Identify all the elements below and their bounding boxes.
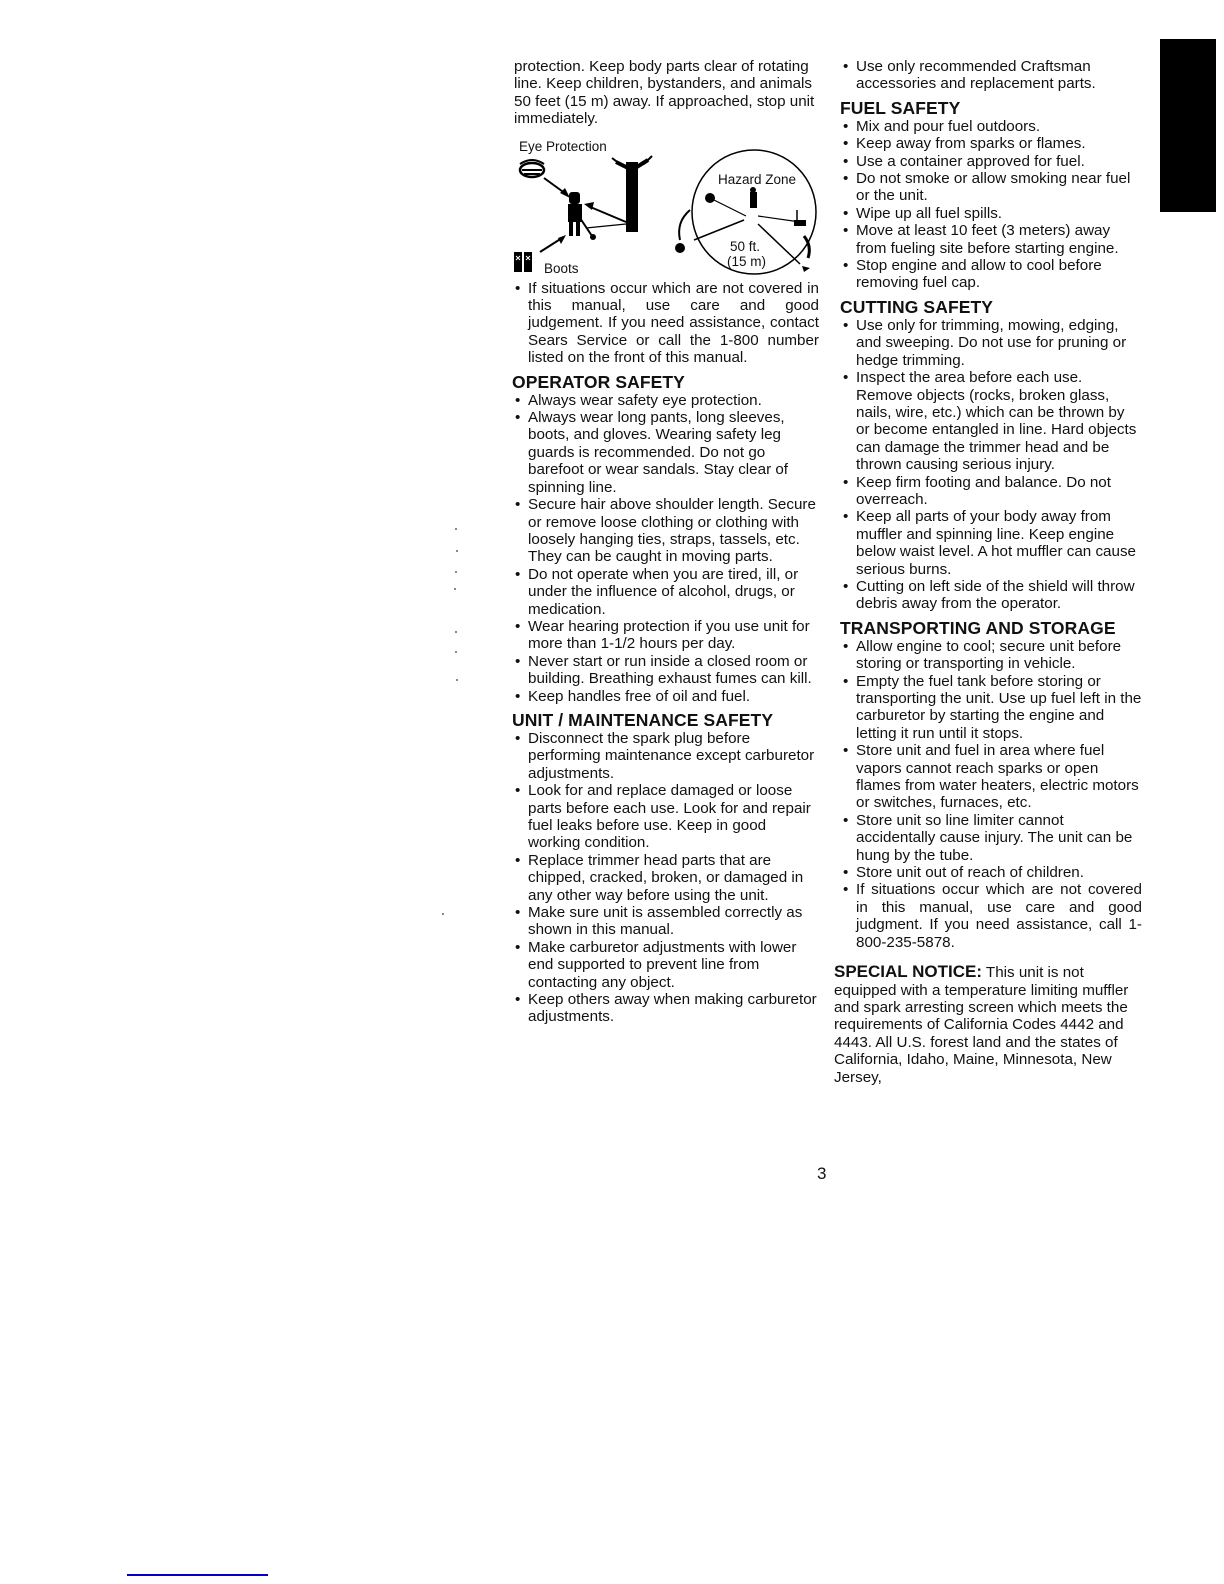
list-item: Store unit out of reach of children. xyxy=(842,864,1142,881)
scan-speck xyxy=(455,651,457,653)
list-item: Keep away from sparks or flames. xyxy=(842,135,1142,152)
list-item: Inspect the area before each use. Remove… xyxy=(842,369,1142,473)
situations-list: If situations occur which are not covere… xyxy=(514,280,819,367)
scan-speck xyxy=(455,571,457,573)
operator-figure-icon xyxy=(568,192,596,240)
scan-speck xyxy=(454,588,456,590)
special-notice: SPECIAL NOTICE: This unit is not equippe… xyxy=(834,963,1142,1086)
list-item: Cutting on left side of the shield will … xyxy=(842,578,1142,613)
list-item: Empty the fuel tank before storing or tr… xyxy=(842,673,1142,743)
list-item: Move at least 10 feet (3 meters) away fr… xyxy=(842,222,1142,257)
special-notice-label: SPECIAL NOTICE: xyxy=(834,962,982,981)
hazard-zone-figure: Eye Protection xyxy=(514,140,819,280)
accessories-list: Use only recommended Craftsman accessori… xyxy=(842,58,1142,93)
list-item: Keep handles free of oil and fuel. xyxy=(514,688,819,705)
right-column: Use only recommended Craftsman accessori… xyxy=(842,58,1142,1086)
list-item: If situations occur which are not covere… xyxy=(514,280,819,367)
goggles-icon xyxy=(520,160,544,177)
list-item: Always wear long pants, long sleeves, bo… xyxy=(514,409,819,496)
list-item: Do not smoke or allow smoking near fuel … xyxy=(842,170,1142,205)
list-item: Wipe up all fuel spills. xyxy=(842,205,1142,222)
list-item: Disconnect the spark plug before perform… xyxy=(514,730,819,782)
distance-ft-label: 50 ft. xyxy=(730,240,760,254)
list-item: Replace trimmer head parts that are chip… xyxy=(514,852,819,904)
list-item: Look for and replace damaged or loose pa… xyxy=(514,782,819,852)
list-item: Keep all parts of your body away from mu… xyxy=(842,508,1142,578)
scan-speck xyxy=(456,550,458,552)
scan-speck xyxy=(455,528,457,530)
list-item: Do not operate when you are tired, ill, … xyxy=(514,566,819,618)
list-item: Make sure unit is assembled correctly as… xyxy=(514,904,819,939)
cutting-safety-heading: CUTTING SAFETY xyxy=(840,298,1142,317)
list-item: Always wear safety eye protection. xyxy=(514,392,819,409)
list-item: Make carburetor adjustments with lower e… xyxy=(514,939,819,991)
list-item: Wear hearing protection if you use unit … xyxy=(514,618,819,653)
fuel-safety-heading: FUEL SAFETY xyxy=(840,99,1142,118)
list-item: If situations occur which are not covere… xyxy=(842,881,1142,951)
page-number: 3 xyxy=(817,1164,826,1184)
list-item: Secure hair above shoulder length. Secur… xyxy=(514,496,819,566)
list-item: Store unit so line limiter cannot accide… xyxy=(842,812,1142,864)
list-item: Keep firm footing and balance. Do not ov… xyxy=(842,474,1142,509)
list-item: Use only for trimming, mowing, edging, a… xyxy=(842,317,1142,369)
boots-icon xyxy=(514,252,532,272)
unit-maintenance-safety-list: Disconnect the spark plug before perform… xyxy=(514,730,819,1026)
operator-safety-heading: OPERATOR SAFETY xyxy=(512,373,819,392)
list-item: Mix and pour fuel outdoors. xyxy=(842,118,1142,135)
operator-safety-list: Always wear safety eye protection. Alway… xyxy=(514,392,819,705)
hazard-zone-illustration xyxy=(514,140,819,280)
boots-label: Boots xyxy=(544,262,579,276)
tree-icon xyxy=(612,156,652,232)
scan-speck xyxy=(442,913,444,915)
list-item: Use only recommended Craftsman accessori… xyxy=(842,58,1142,93)
link-underline[interactable] xyxy=(127,1574,268,1576)
intro-paragraph: protection. Keep body parts clear of rot… xyxy=(514,58,819,128)
fuel-safety-list: Mix and pour fuel outdoors. Keep away fr… xyxy=(842,118,1142,292)
transporting-storage-heading: TRANSPORTING AND STORAGE xyxy=(840,619,1142,638)
transporting-storage-list: Allow engine to cool; secure unit before… xyxy=(842,638,1142,951)
unit-maintenance-safety-heading: UNIT / MAINTENANCE SAFETY xyxy=(512,711,819,730)
hazard-zone-label: Hazard Zone xyxy=(718,173,796,187)
special-notice-text: This unit is not equipped with a tempera… xyxy=(834,964,1128,1085)
cutting-safety-list: Use only for trimming, mowing, edging, a… xyxy=(842,317,1142,613)
scan-speck xyxy=(455,631,457,633)
list-item: Keep others away when making carburetor … xyxy=(514,991,819,1026)
scan-speck xyxy=(456,679,458,681)
list-item: Use a container approved for fuel. xyxy=(842,153,1142,170)
list-item: Allow engine to cool; secure unit before… xyxy=(842,638,1142,673)
list-item: Stop engine and allow to cool before rem… xyxy=(842,257,1142,292)
section-index-tab xyxy=(1160,39,1216,212)
list-item: Never start or run inside a closed room … xyxy=(514,653,819,688)
list-item: Store unit and fuel in area where fuel v… xyxy=(842,742,1142,812)
left-column: protection. Keep body parts clear of rot… xyxy=(514,58,819,1026)
distance-m-label: (15 m) xyxy=(727,255,766,269)
